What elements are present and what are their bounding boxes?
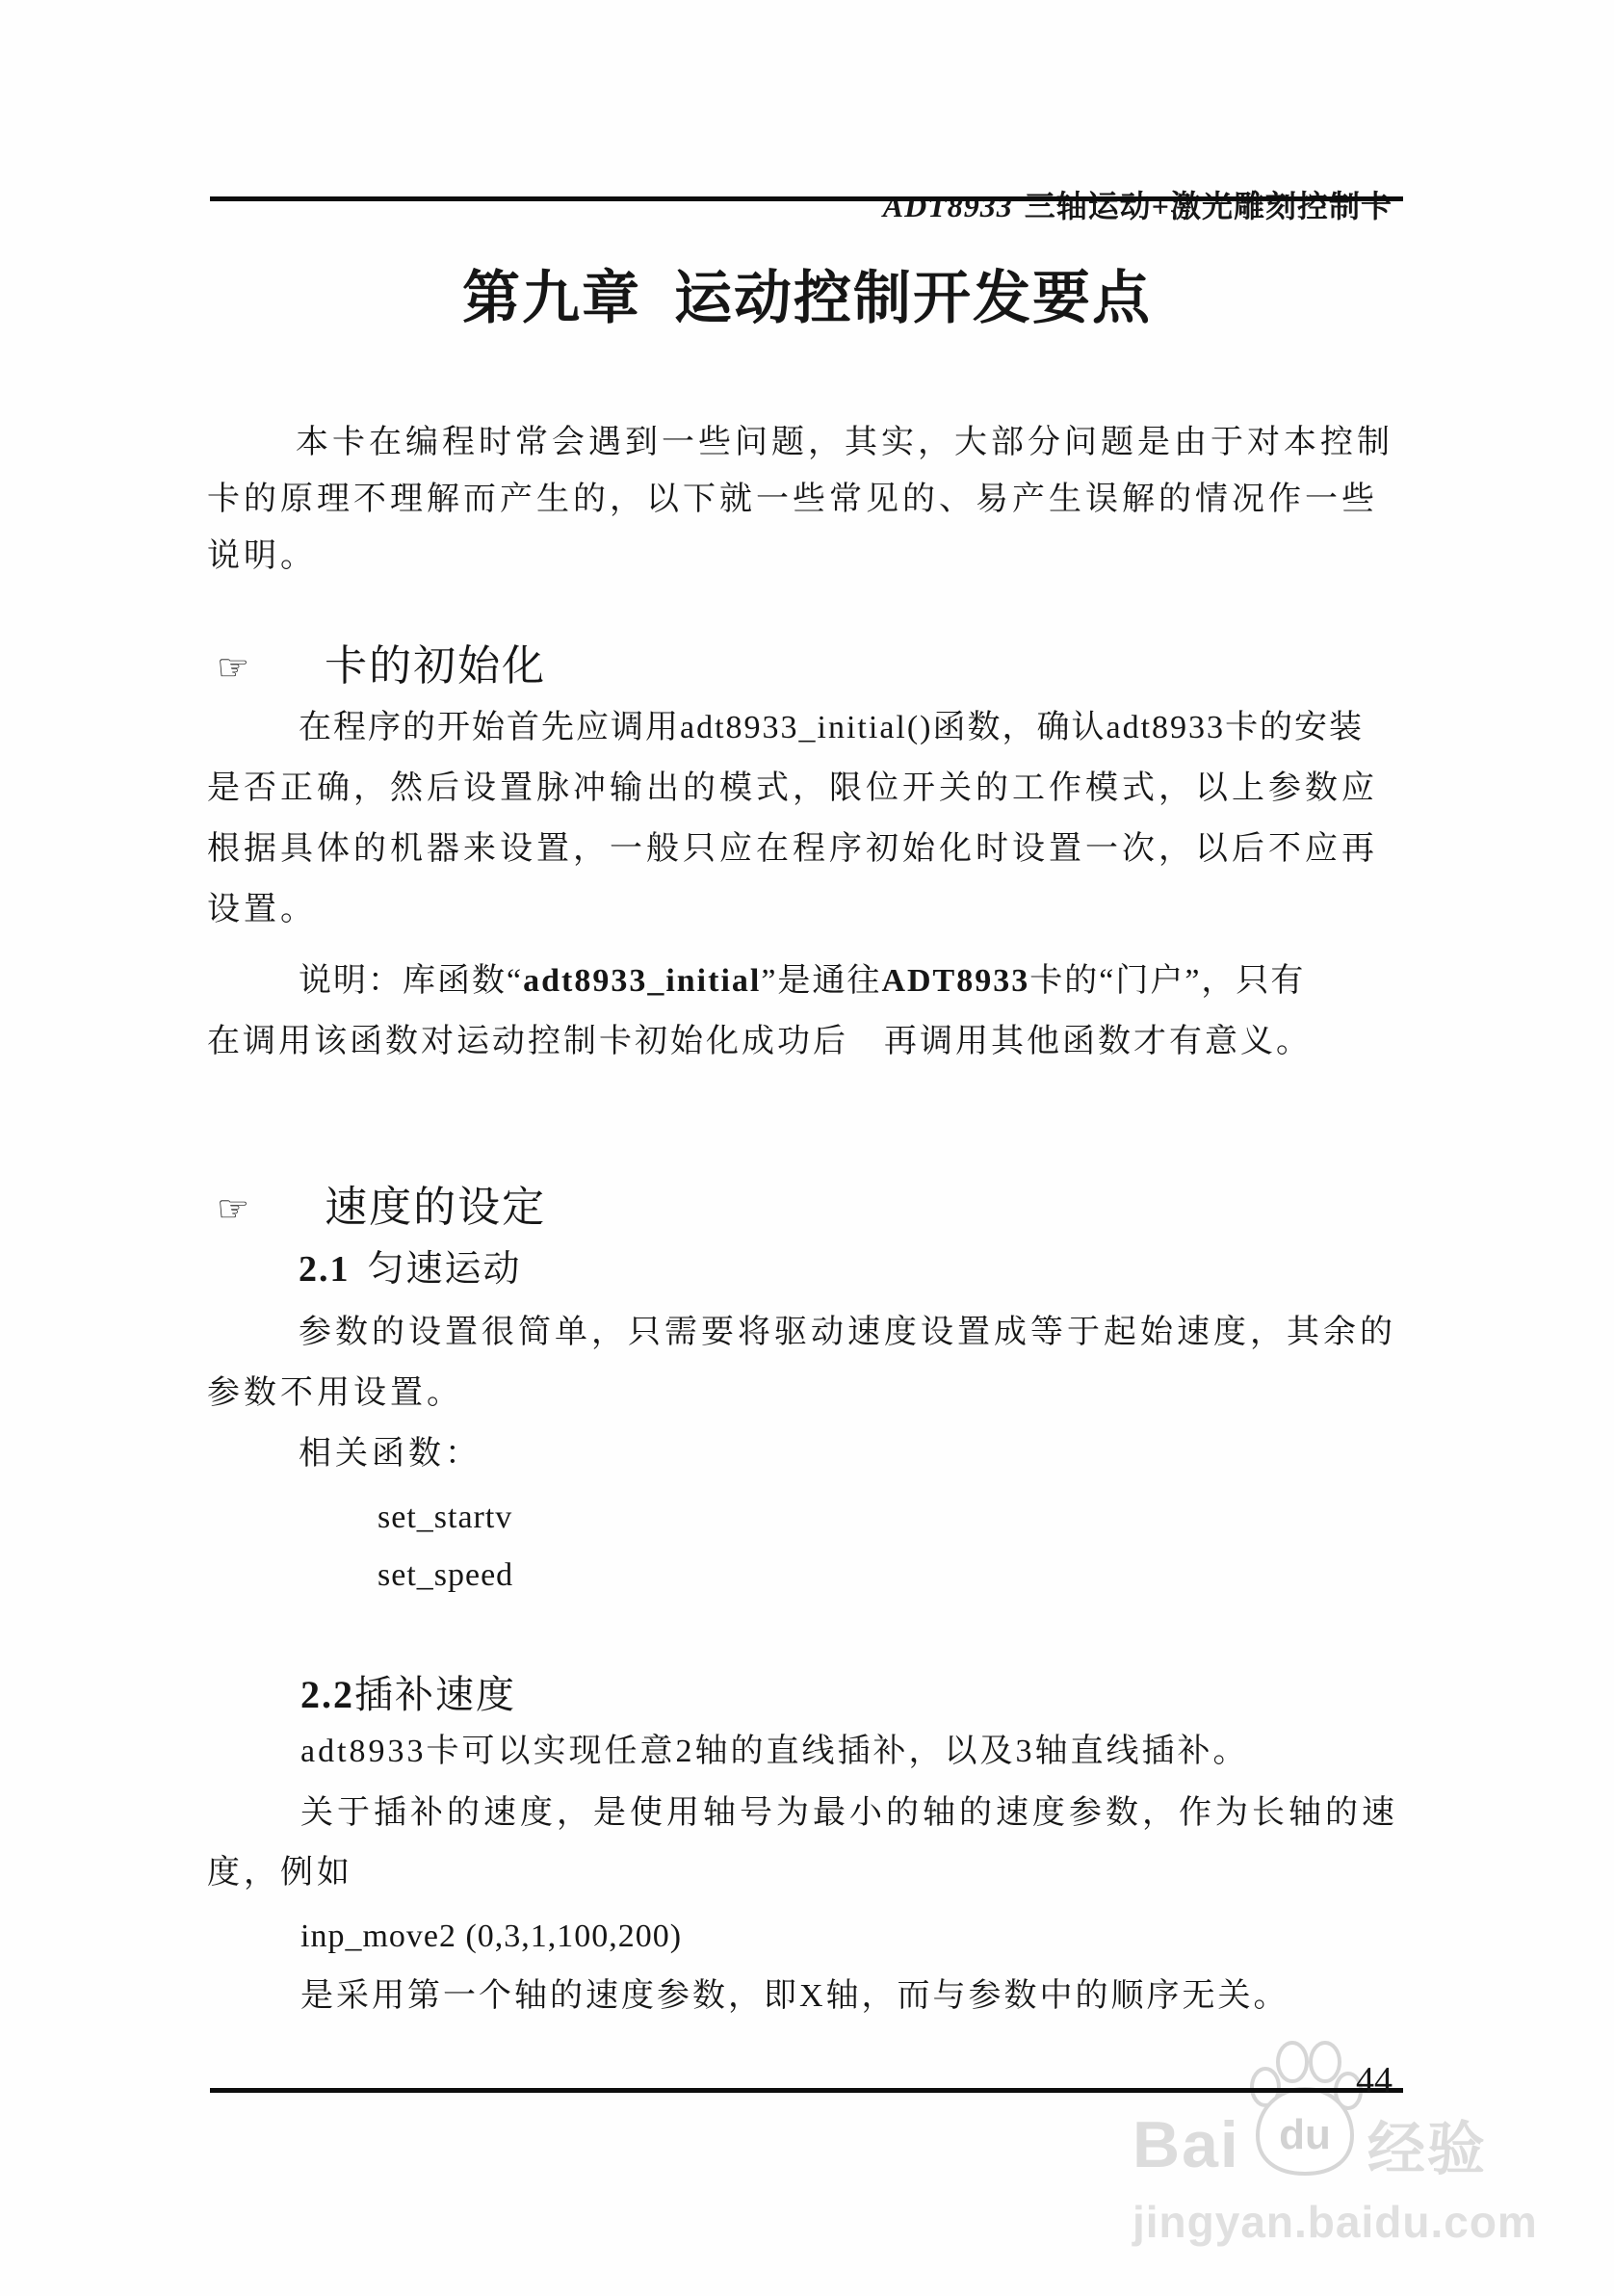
text-run: 在程序的开始首先应调用 — [299, 708, 680, 749]
watermark-bai-text: Bai — [1132, 2107, 1240, 2182]
paragraph-line: 参数不用设置。 — [207, 1373, 463, 1415]
paragraph-line: 说明。 — [207, 536, 317, 578]
text-run: 是否正确，然后设置脉冲输出的模式，限位开关的工作模式，以上参数应 — [207, 769, 1378, 810]
watermark-url: jingyan.baidu.com — [1132, 2196, 1538, 2248]
text-run: 卡的“门户”，只有 — [1029, 961, 1305, 1003]
paragraph-line: 本卡在编程时常会遇到一些问题，其实，大部分问题是由于对本控制 — [296, 423, 1393, 464]
text-run: 说明：库函数“ — [299, 961, 523, 1003]
text-run: ADT8933 — [881, 961, 1029, 1003]
text-run: 插补速度 — [354, 1671, 516, 1719]
text-run: 2.2 — [300, 1671, 354, 1719]
text-run: 根据具体的机器来设置，一般只应在程序初始化时设置一次，以后不应再 — [207, 829, 1378, 871]
text-run: adt8933 — [1106, 708, 1226, 749]
text-run: 是采用第一个轴的速度参数，即X轴，而与参数中的顺序无关。 — [300, 1976, 1289, 2018]
header-rule — [210, 196, 1403, 201]
text-run: 设置。 — [207, 890, 317, 931]
text-run: adt8933_initial — [523, 961, 761, 1003]
text-run: 卡的原理不理解而产生的，以下就一些常见的、易产生误解的情况作一些 — [207, 480, 1378, 521]
text-run: adt8933_initial() — [680, 708, 933, 749]
text-run: 卡的初始化 — [325, 639, 546, 692]
paragraph-line: 设置。 — [207, 890, 317, 931]
text-run: 匀速运动 — [368, 1247, 522, 1293]
paragraph-line: 在调用该函数对运动控制卡初始化成功后 再调用其他函数才有意义。 — [207, 1022, 1312, 1063]
section-heading: ☞速度的设定 — [217, 1181, 546, 1234]
text-run: 参数不用设置。 — [207, 1373, 463, 1415]
text-run: 函数，确认 — [933, 708, 1106, 749]
page-number: 44 — [1356, 2059, 1393, 2101]
function-name-line: set_speed — [377, 1555, 513, 1597]
paragraph-line: 是采用第一个轴的速度参数，即X轴，而与参数中的顺序无关。 — [300, 1976, 1289, 2018]
text-run: 本卡在编程时常会遇到一些问题，其实，大部分问题是由于对本控制 — [296, 423, 1393, 464]
svg-text:du: du — [1279, 2111, 1331, 2158]
header-brand: ADT8933 — [883, 189, 1013, 223]
text-run: ”是通往 — [761, 961, 881, 1003]
paragraph-line: 卡的原理不理解而产生的，以下就一些常见的、易产生误解的情况作一些 — [207, 480, 1378, 521]
running-header: ADT8933三轴运动+激光雕刻控制卡 — [848, 146, 1393, 262]
text-run: 说明。 — [207, 536, 317, 578]
pointing-hand-icon: ☞ — [217, 1187, 251, 1234]
text-run: 相关函数： — [299, 1434, 482, 1475]
paragraph-line: 根据具体的机器来设置，一般只应在程序初始化时设置一次，以后不应再 — [207, 829, 1378, 871]
paragraph-line: 关于插补的速度，是使用轴号为最小的轴的速度参数，作为长轴的速 — [300, 1793, 1398, 1835]
footer-rule — [210, 2088, 1403, 2093]
text-run: set_speed — [377, 1555, 513, 1597]
header-product-title: 三轴运动+激光雕刻控制卡 — [1025, 189, 1393, 223]
paragraph-line: 相关函数： — [299, 1434, 482, 1475]
text-run: 速度的设定 — [325, 1181, 546, 1234]
paragraph-line: 是否正确，然后设置脉冲输出的模式，限位开关的工作模式，以上参数应 — [207, 769, 1378, 810]
subsection-heading: 2.1匀速运动 — [299, 1247, 522, 1293]
text-run: inp_move2 (0,3,1,100,200) — [300, 1917, 682, 1958]
pointing-hand-icon: ☞ — [217, 646, 251, 692]
paragraph-line: 在程序的开始首先应调用adt8933_initial()函数，确认adt8933… — [299, 708, 1364, 749]
document-page: ADT8933三轴运动+激光雕刻控制卡 第九章 运动控制开发要点 本卡在编程时常… — [0, 0, 1614, 2296]
function-name-line: set_startv — [377, 1498, 512, 1539]
section-heading: ☞卡的初始化 — [217, 639, 546, 692]
text-run: adt8933卡可以实现任意2轴的直线插补，以及3轴直线插补。 — [300, 1732, 1249, 1773]
watermark-jingyan-cn: 经验 — [1367, 2103, 1487, 2186]
subsection-heading: 2.2插补速度 — [300, 1671, 516, 1719]
baidu-paw-icon: du — [1244, 2039, 1366, 2191]
code-line: inp_move2 (0,3,1,100,200) — [300, 1917, 682, 1958]
paragraph-line: adt8933卡可以实现任意2轴的直线插补，以及3轴直线插补。 — [300, 1732, 1249, 1773]
text-run: 2.1 — [299, 1247, 351, 1293]
text-run: 关于插补的速度，是使用轴号为最小的轴的速度参数，作为长轴的速 — [300, 1793, 1398, 1835]
text-run: set_startv — [377, 1498, 512, 1539]
text-run: 参数的设置很简单，只需要将驱动速度设置成等于起始速度，其余的 — [299, 1313, 1396, 1354]
paragraph-line: 说明：库函数“adt8933_initial”是通往ADT8933卡的“门户”，… — [299, 961, 1305, 1003]
text-run: 在调用该函数对运动控制卡初始化成功后 再调用其他函数才有意义。 — [207, 1022, 1312, 1063]
chapter-title: 第九章 运动控制开发要点 — [0, 252, 1614, 335]
text-run: 卡的安装 — [1225, 708, 1364, 749]
paragraph-line: 度，例如 — [207, 1853, 353, 1894]
text-run: 度，例如 — [207, 1853, 353, 1894]
paragraph-line: 参数的设置很简单，只需要将驱动速度设置成等于起始速度，其余的 — [299, 1313, 1396, 1354]
baidu-watermark: Bai du 经验 jingyan.baidu.com — [1132, 2105, 1538, 2248]
